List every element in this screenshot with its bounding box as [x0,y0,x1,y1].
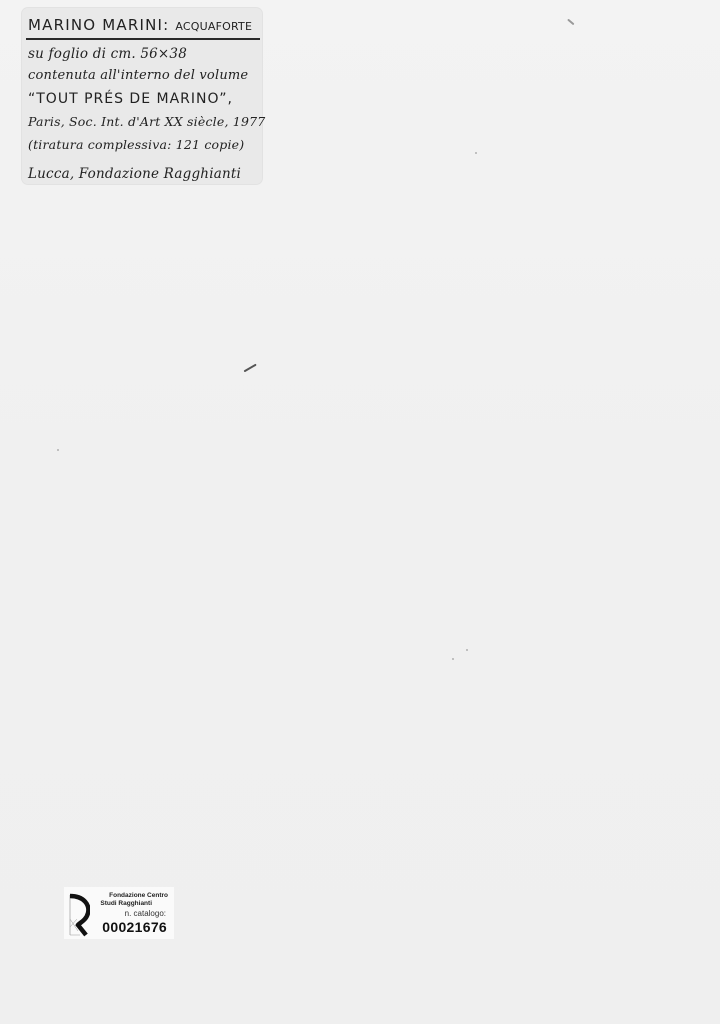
note-line-volume-title: “Tout Prés de Marino”, [28,91,233,107]
document-sheet: Marino Marini: acquaforte su foglio di c… [0,0,720,1024]
note-title: Marino Marini: acquaforte [28,16,252,34]
catalog-label: n. catalogo: [125,909,166,918]
note-line-dimensions: su foglio di cm. 56×38 [28,46,187,62]
paper-speck [475,152,477,154]
catalog-stamp: Fondazione Centro Studi Ragghianti n. ca… [64,887,174,939]
note-title-main: Marino Marini [28,16,163,34]
catalog-number: 00021676 [102,919,167,935]
note-line-publisher: Paris, Soc. Int. d'Art XX siècle, 1977 [28,114,265,129]
paper-speck [452,658,454,660]
stamp-org-line-2: Studi Ragghianti [100,900,152,907]
note-title-separator: : [163,16,175,34]
note-title-tail: acquaforte [175,20,252,33]
note-line-contained: contenuta all'interno del volume [28,68,248,83]
note-underline [26,38,260,40]
note-line-edition: (tiratura complessiva: 121 copie) [28,137,244,152]
pencil-mark [244,364,257,372]
note-line-location: Lucca, Fondazione Ragghianti [28,166,241,182]
paper-mark [567,19,574,25]
ragghianti-r-logo-icon [68,891,90,937]
stamp-org-line-1: Fondazione Centro [109,892,168,899]
handwritten-note-card: Marino Marini: acquaforte su foglio di c… [22,8,262,184]
paper-speck [57,449,59,451]
paper-speck [466,649,468,651]
